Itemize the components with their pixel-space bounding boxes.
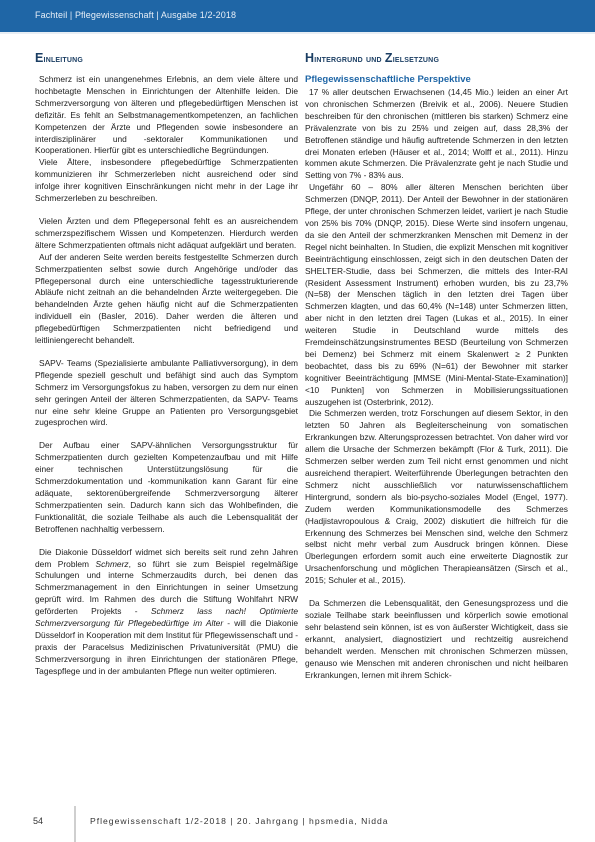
journal-footer: Pflegewissenschaft 1/2-2018 | 20. Jahrga… <box>90 816 389 826</box>
paragraph: Ungefähr 60 – 80% aller älteren Menschen… <box>305 182 568 408</box>
paragraph: Viele Ältere, insbesondere pflegebedürft… <box>35 157 298 205</box>
footer-divider <box>74 806 76 842</box>
paragraph: SAPV- Teams (Spezialisierte ambulante Pa… <box>35 358 298 429</box>
right-column: Hintergrund und Zielsetzung Pflegewissen… <box>305 52 568 681</box>
subheading: Pflegewissenschaftliche Perspektive <box>305 74 568 86</box>
header-divider <box>0 32 595 34</box>
title-rest: inleitung <box>44 53 84 65</box>
paragraph: Der Aufbau einer SAPV-ähnlichen Versorgu… <box>35 440 298 535</box>
running-head: Fachteil | Pflegewissenschaft | Ausgabe … <box>35 10 236 20</box>
section-title-einleitung: Einleitung <box>35 52 298 65</box>
title-initial: E <box>35 51 44 65</box>
page-number: 54 <box>33 816 43 826</box>
section-title-hintergrund: Hintergrund und Zielsetzung <box>305 52 568 65</box>
running-header-bar: Fachteil | Pflegewissenschaft | Ausgabe … <box>0 0 595 32</box>
paragraph: Auf der anderen Seite werden bereits fes… <box>35 252 298 347</box>
paragraph: 17 % aller deutschen Erwachsenen (14,45 … <box>305 87 568 182</box>
title-rest: ielsetzung <box>393 53 439 65</box>
left-column: Einleitung Schmerz ist ein unangenehmes … <box>35 52 298 678</box>
paragraph: Die Schmerzen werden, trotz Forschungen … <box>305 408 568 587</box>
title-rest: intergrund und <box>314 53 385 65</box>
paragraph: Da Schmerzen die Lebensqualität, den Gen… <box>305 598 568 681</box>
title-initial: Z <box>385 51 393 65</box>
emphasis: Schmerz <box>96 559 129 569</box>
paragraph-diakonie: Die Diakonie Düsseldorf widmet sich bere… <box>35 547 298 678</box>
title-initial: H <box>305 51 314 65</box>
paragraph: Schmerz ist ein unangenehmes Erlebnis, a… <box>35 74 298 157</box>
paragraph: Vielen Ärzten und dem Pflegepersonal feh… <box>35 216 298 252</box>
